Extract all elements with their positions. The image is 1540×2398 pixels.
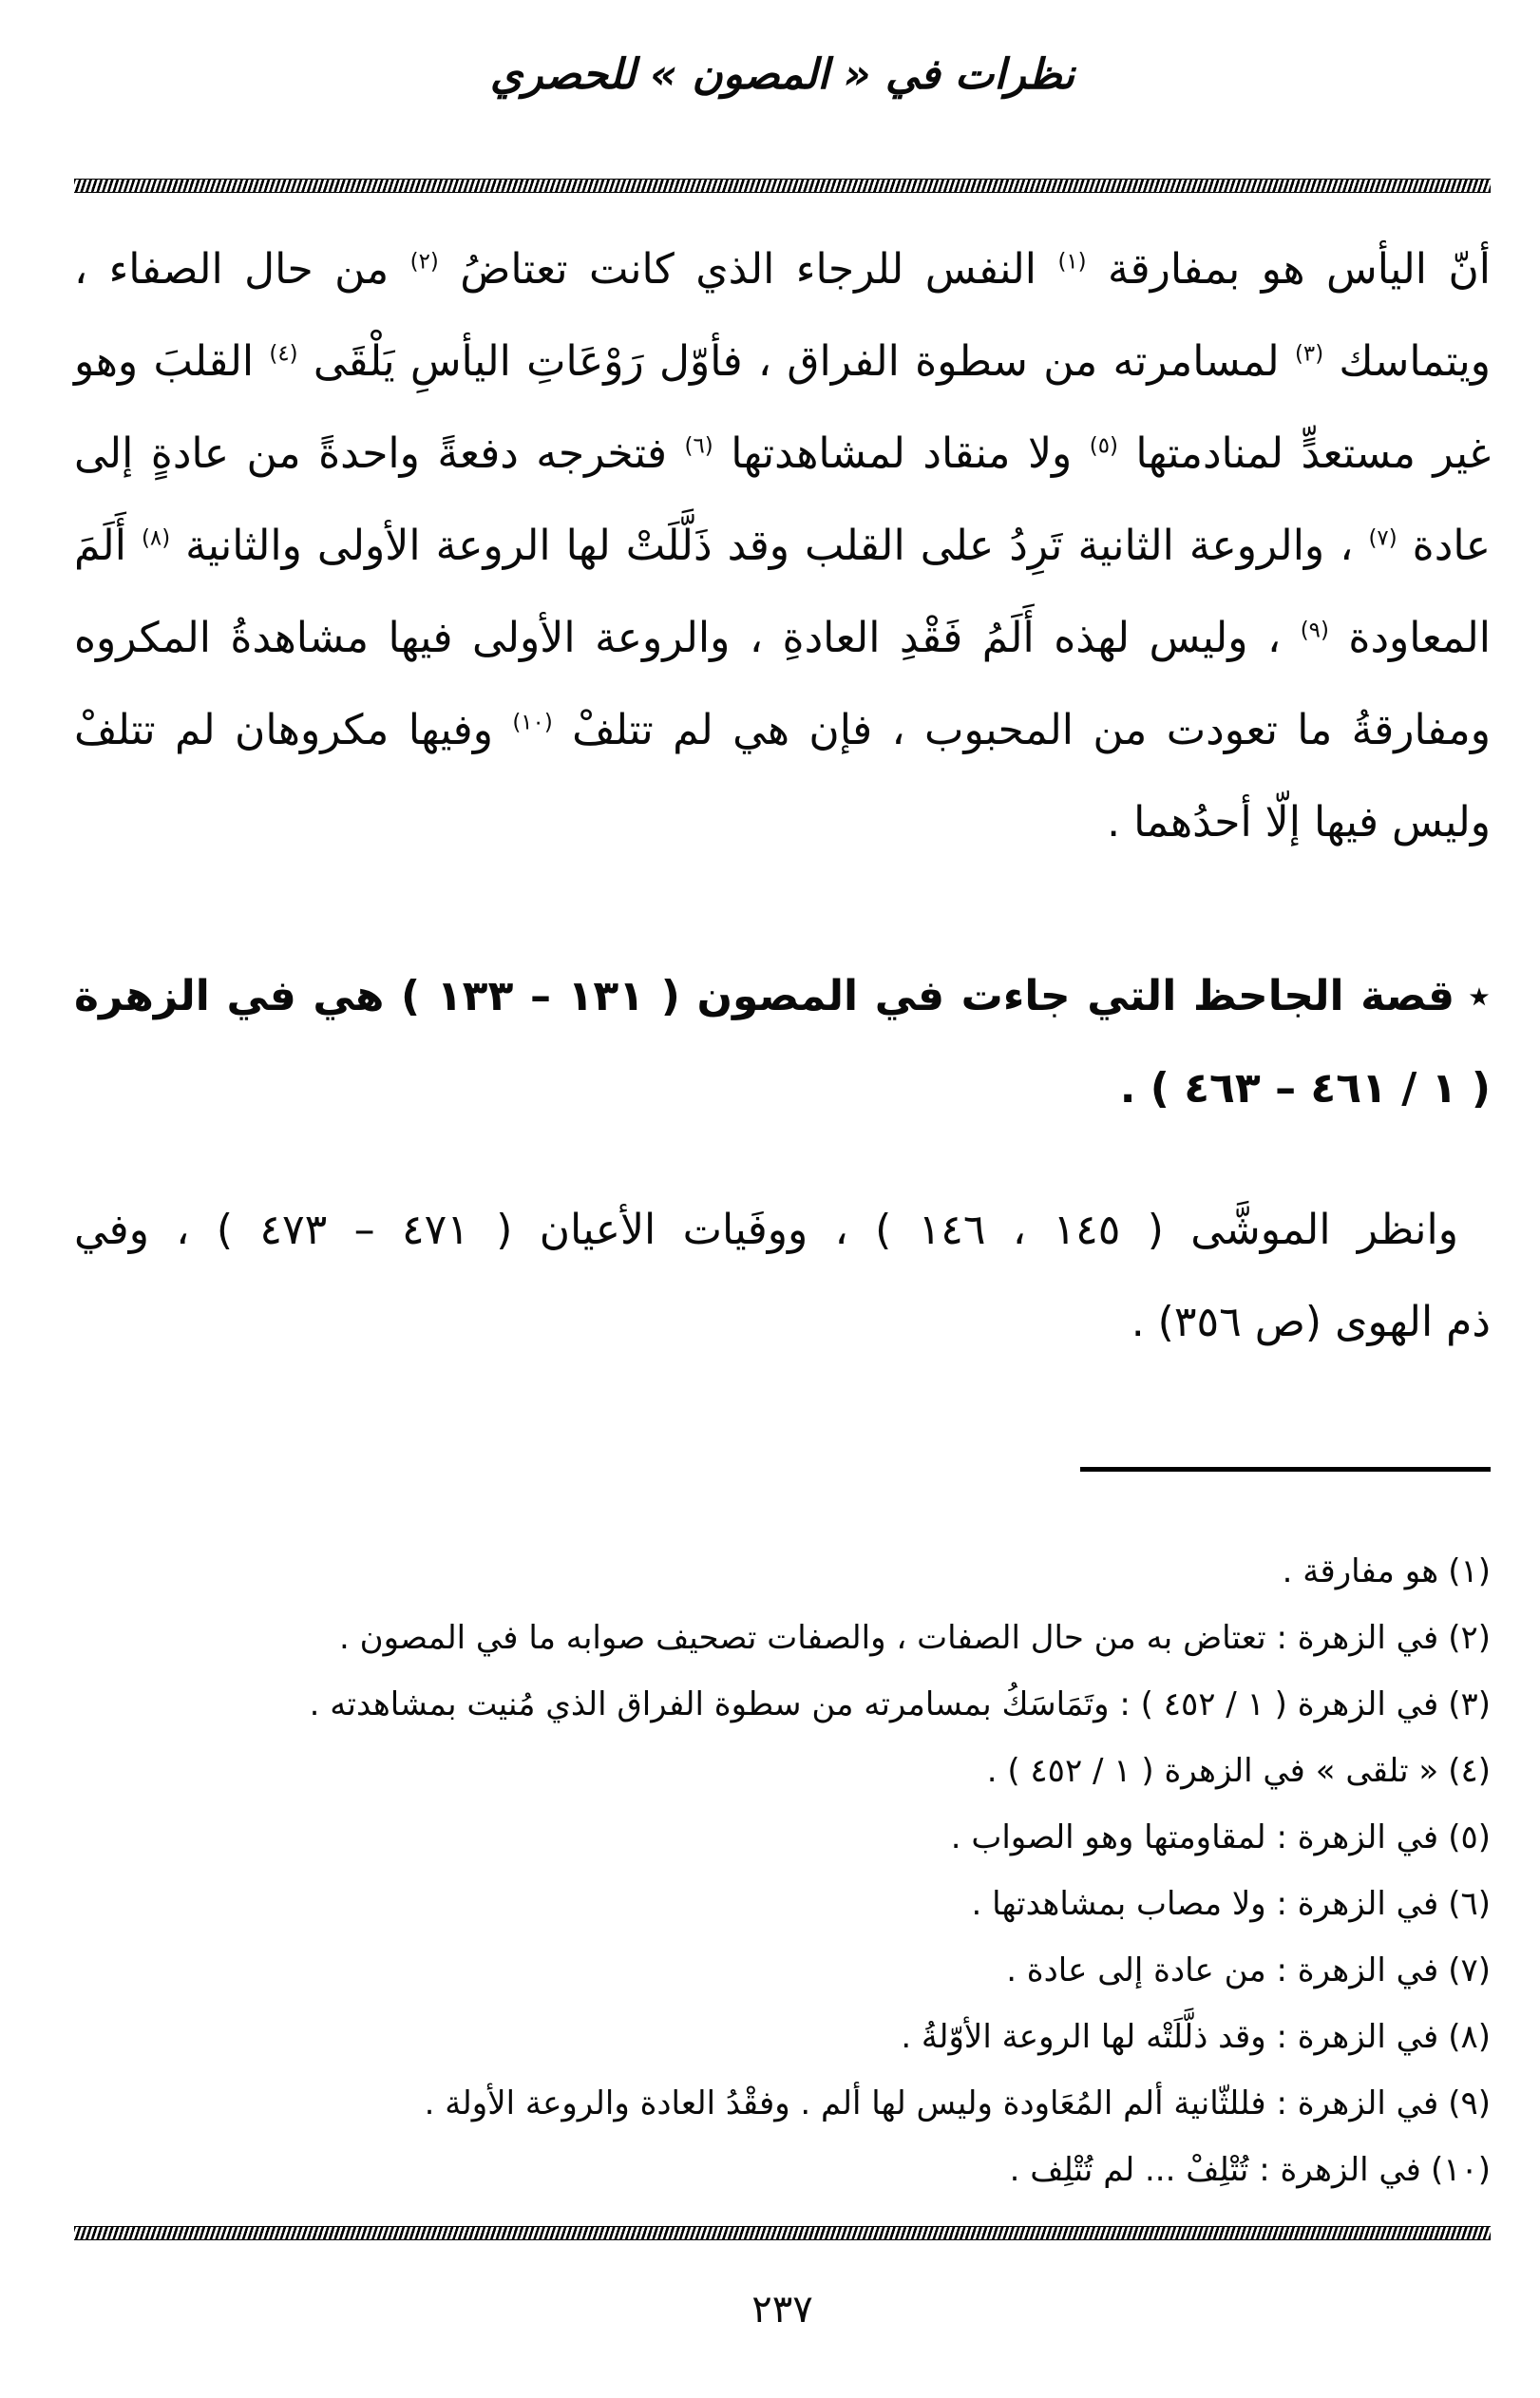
footnote-number: (١٠) [1421,2151,1491,2189]
body-text-segment: النفس للرجاء الذي كانت تعتاضُ [439,245,1058,294]
footnote-item: (١٠)في الزهرة : تُتْلِفْ ... لم تُتْلِف … [74,2137,1491,2203]
body-line: غير مستعدٍّ لمنادمتها (٥) ولا منقاد لمشا… [74,408,1491,500]
footnote-number: (٥) [1438,1818,1491,1856]
body-text-segment: وفيها مكروهان لم تتلفْ [74,706,512,754]
body-text-segment: أَلَمَ [74,522,142,570]
body-line-last: وليس فيها إلّا أحدُهما . [74,776,1491,868]
header-rule [74,179,1491,193]
footnote-item: (٩)في الزهرة : فللثّانية ألم المُعَاودة … [74,2070,1491,2137]
footnote-text: في الزهرة : ولا مصاب بمشاهدتها . [971,1885,1438,1923]
footnote-separator-rule [1080,1467,1491,1472]
footnote-marker: (١) [1057,249,1086,274]
note-line-last: ( ١ / ٤٦١ – ٤٦٣ ) . [74,1042,1491,1134]
footnotes-section: (١)هو مفارقة . (٢)في الزهرة : تعتاض به م… [74,1538,1491,2203]
footnote-marker: (٩) [1301,618,1329,642]
footnote-marker: (٣) [1295,341,1323,366]
star-icon: ٭ [1454,972,1491,1020]
references-paragraph: وانظر الموشَّى ( ١٤٥ ، ١٤٦ ) ، ووفَيات ا… [74,1184,1491,1368]
body-text-segment: ومفارقةُ ما تعودت من المحبوب ، فإن هي لم… [553,706,1491,754]
footnote-number: (٦) [1438,1885,1491,1923]
main-paragraph: أنّ اليأس هو بمفارقة (١) النفس للرجاء ال… [74,223,1491,868]
footnote-marker: (٥) [1090,433,1118,458]
footnote-item: (٦)في الزهرة : ولا مصاب بمشاهدتها . [74,1871,1491,1937]
reference-line: وانظر الموشَّى ( ١٤٥ ، ١٤٦ ) ، ووفَيات ا… [74,1184,1491,1276]
page-title: نظرات في « المصون » للحصري [74,40,1491,110]
body-text-segment: المعاودة [1329,614,1491,662]
footnote-number: (١) [1438,1552,1491,1590]
body-text-segment: عادة [1397,522,1491,570]
body-text-segment: ، وليس لهذه أَلَمُ فَقْدِ العادةِ ، والر… [74,614,1301,662]
footnote-number: (٢) [1438,1619,1491,1657]
footnote-text: في الزهرة : تُتْلِفْ ... لم تُتْلِف . [1010,2151,1421,2189]
editor-note-paragraph: ٭قصة الجاحظ التي جاءت في المصون ( ١٣١ – … [74,950,1491,1134]
body-text-segment: أنّ اليأس هو بمفارقة [1087,245,1491,294]
body-line: أنّ اليأس هو بمفارقة (١) النفس للرجاء ال… [74,223,1491,315]
footnote-item: (٤)« تلقى » في الزهرة ( ١ / ٤٥٢ ) . [74,1738,1491,1804]
body-text-segment: ، والروعة الثانية تَرِدُ على القلب وقد ذ… [170,522,1368,570]
footnote-item: (٥)في الزهرة : لمقاومتها وهو الصواب . [74,1804,1491,1871]
footnote-marker: (٤) [269,341,297,366]
footnote-number: (٧) [1438,1951,1491,1989]
body-line: المعاودة (٩) ، وليس لهذه أَلَمُ فَقْدِ ا… [74,592,1491,684]
footnote-number: (٩) [1438,2084,1491,2122]
body-text-segment: لمسامرته من سطوة الفراق ، فأوّل رَوْعَات… [298,337,1295,386]
body-text-segment: فتخرجه دفعةً واحدةً من عادةٍ إلى [74,429,685,478]
page-number: ٢٣٧ [74,2288,1491,2331]
footnote-number: (٤) [1438,1752,1491,1790]
footer-rule [74,2226,1491,2240]
footnote-number: (٨) [1438,2018,1491,2056]
body-text-segment: غير مستعدٍّ لمنادمتها [1118,429,1491,478]
footnote-marker: (٨) [142,525,170,550]
footnote-number: (٣) [1438,1685,1491,1723]
book-page: نظرات في « المصون » للحصري أنّ اليأس هو … [0,0,1540,2398]
body-text-segment: من حال الصفاء ، [74,245,410,294]
footnote-item: (٢)في الزهرة : تعتاض به من حال الصفات ، … [74,1605,1491,1671]
footnote-text: في الزهرة : لمقاومتها وهو الصواب . [951,1818,1439,1856]
body-text-segment: ويتماسك [1323,337,1491,386]
footnote-item: (٨)في الزهرة : وقد ذلَّلَتْه لها الروعة … [74,2004,1491,2070]
footnote-text: في الزهرة : فللثّانية ألم المُعَاودة ولي… [425,2084,1439,2122]
footnote-text: في الزهرة : وقد ذلَّلَتْه لها الروعة الأ… [901,2018,1438,2056]
body-line: ويتماسك (٣) لمسامرته من سطوة الفراق ، فأ… [74,315,1491,408]
footnote-item: (٧)في الزهرة : من عادة إلى عادة . [74,1937,1491,2004]
note-text: قصة الجاحظ التي جاءت في المصون ( ١٣١ – ١… [74,972,1454,1020]
footnote-text: هو مفارقة . [1283,1552,1439,1590]
reference-line-last: ذم الهوى (ص ٣٥٦) . [74,1276,1491,1368]
footnote-marker: (١٠) [512,710,552,734]
footnote-item: (١)هو مفارقة . [74,1538,1491,1605]
body-text-segment: ولا منقاد لمشاهدتها [713,429,1090,478]
note-line: ٭قصة الجاحظ التي جاءت في المصون ( ١٣١ – … [74,950,1491,1042]
footnote-text: في الزهرة : تعتاض به من حال الصفات ، وال… [339,1619,1438,1657]
body-line: عادة (٧) ، والروعة الثانية تَرِدُ على ال… [74,500,1491,592]
body-text-segment: القلبَ وهو [74,337,269,386]
body-line: ومفارقةُ ما تعودت من المحبوب ، فإن هي لم… [74,684,1491,776]
footnote-text: في الزهرة : من عادة إلى عادة . [1006,1951,1438,1989]
footnote-text: « تلقى » في الزهرة ( ١ / ٤٥٢ ) . [987,1752,1438,1790]
footnote-item: (٣)في الزهرة ( ١ / ٤٥٢ ) : وتَمَاسَكُ بم… [74,1671,1491,1738]
footnote-marker: (٢) [410,249,439,274]
footnote-text: في الزهرة ( ١ / ٤٥٢ ) : وتَمَاسَكُ بمسام… [310,1685,1439,1723]
footnote-marker: (٦) [685,433,713,458]
footnote-marker: (٧) [1368,525,1397,550]
